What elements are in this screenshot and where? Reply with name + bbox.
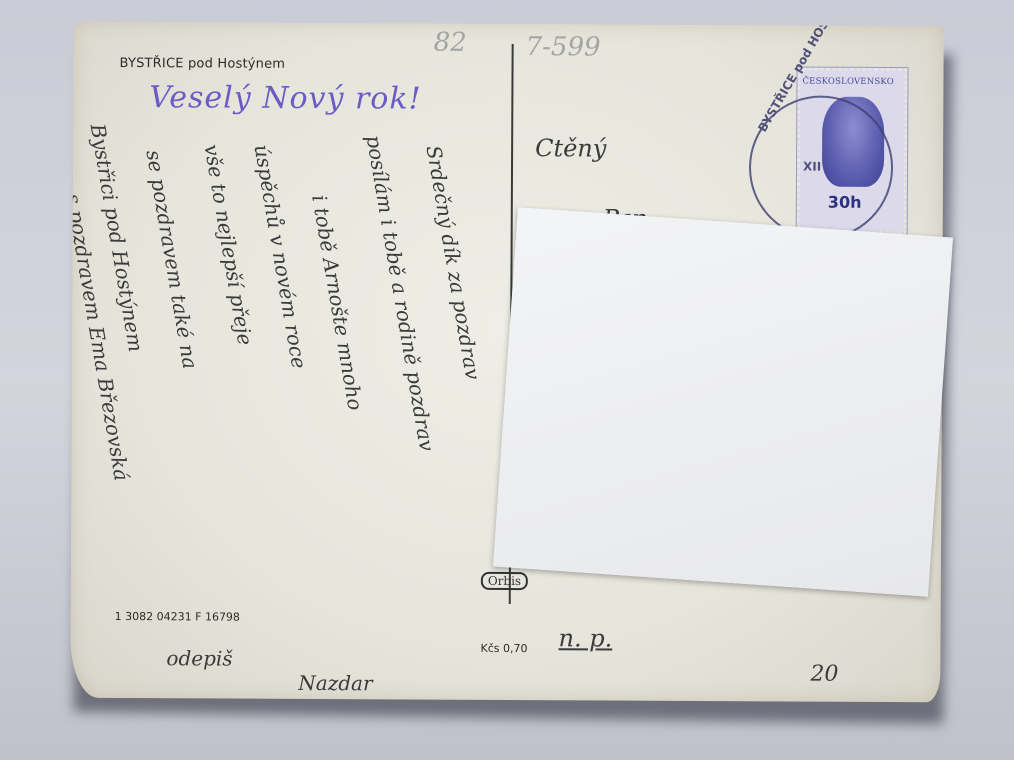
postmark-date: XII (803, 160, 821, 174)
print-code: 1 3082 04231 F 16798 (115, 610, 240, 624)
closing-text: Nazdar (298, 671, 372, 695)
postmark: BYSTŘICE pod HOSTÝNEM XII (749, 95, 894, 240)
stamp-country: ČESKOSLOVENSKO (802, 77, 893, 87)
message-line: Srdečný dík za pozdrav (421, 144, 485, 382)
stamped-greeting: Veselý Nový rok! (149, 80, 421, 116)
closing-text: odepiš (166, 646, 232, 670)
message-line: úspěchů v novém roce (249, 143, 311, 371)
message-line: vše to nejlepší přeje (199, 143, 257, 348)
address-line: n. p. (558, 624, 612, 652)
price-label: Kčs 0,70 (480, 642, 527, 655)
blank-paper-overlay (493, 207, 953, 597)
address-line: 20 (810, 662, 838, 687)
pencil-note: 82 (434, 28, 467, 58)
publisher-logo: Orbis (481, 572, 528, 590)
message-line: se pozdravem také na (141, 148, 202, 371)
address-line: Ctěný (535, 134, 606, 162)
printed-town-name: BYSTŘICE pod Hostýnem (120, 56, 286, 72)
pencil-note: 7-599 (526, 32, 601, 62)
message-line: i tobě Arnošte mnoho (307, 193, 367, 412)
